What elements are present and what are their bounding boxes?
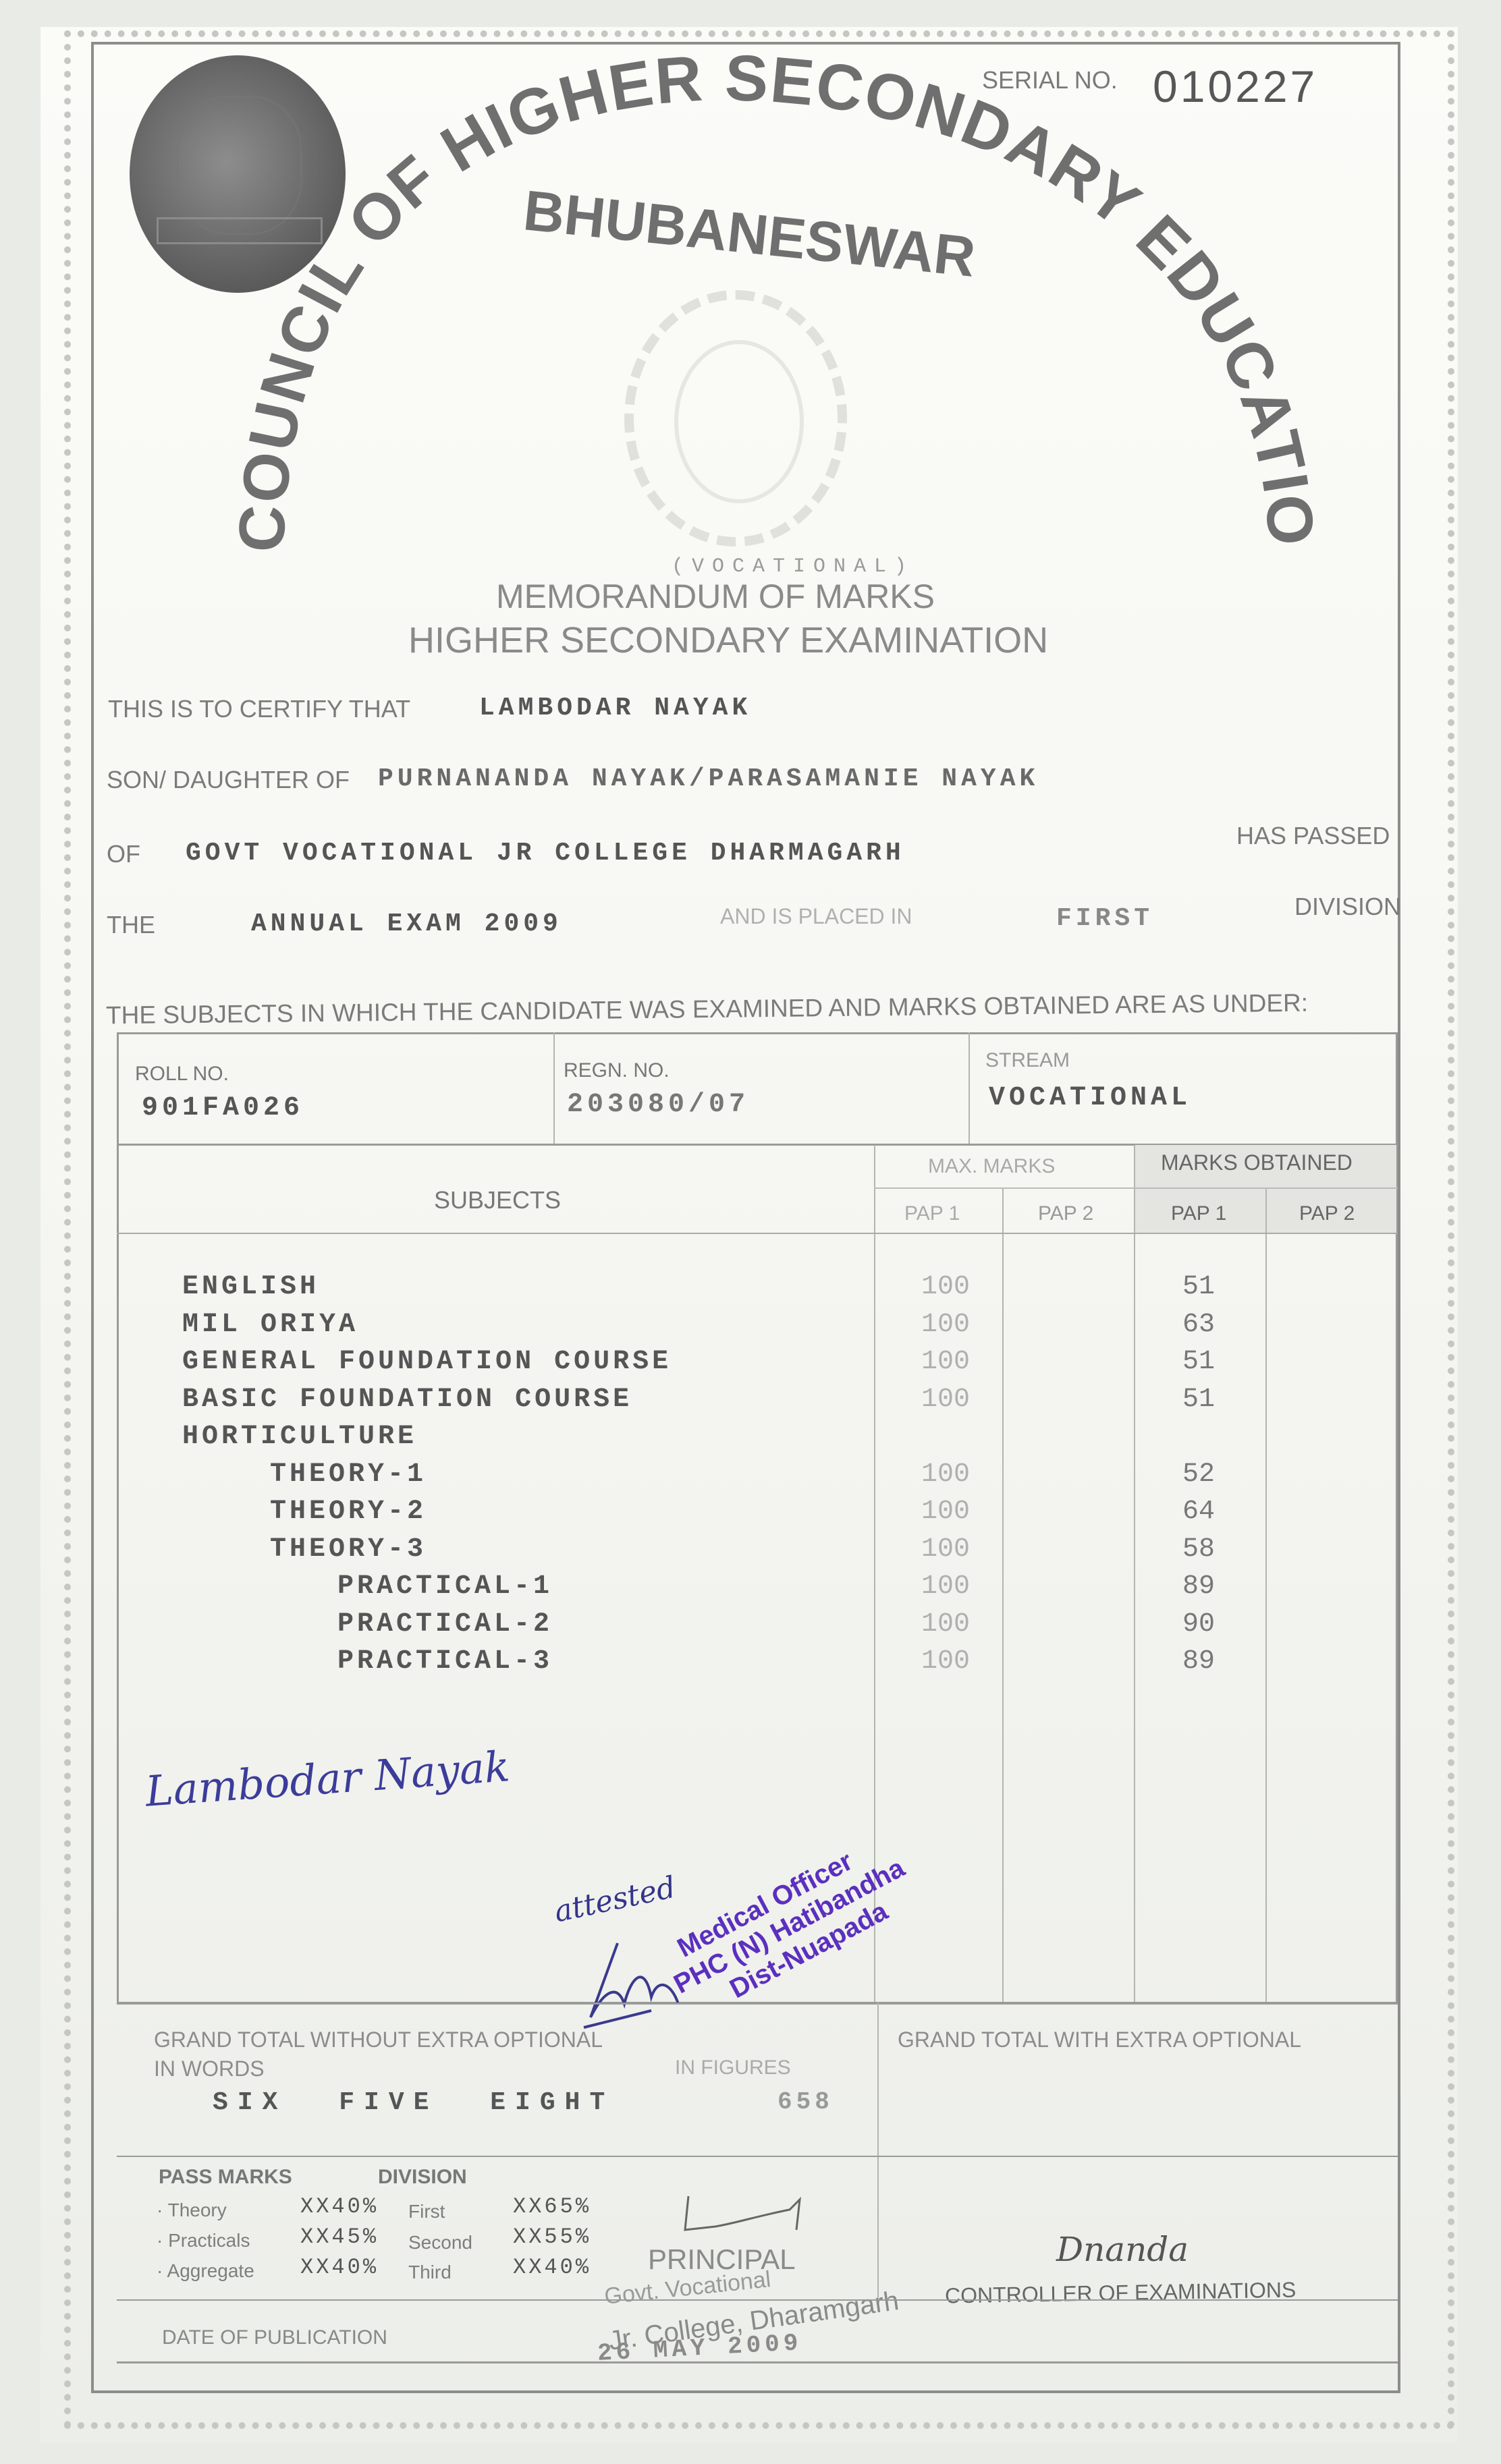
- practicals-pass: XX45%: [300, 2224, 379, 2249]
- marks-obtained-value: 89: [1182, 1646, 1215, 1677]
- parent-names: PURNANANDA NAYAK/PARASAMANIE NAYAK: [378, 764, 1039, 793]
- principal-signature-icon: [675, 2189, 823, 2250]
- document-title: MEMORANDUM OF MARKS: [496, 577, 935, 616]
- divider: [553, 1032, 555, 1144]
- subject-name: THEORY-1: [270, 1459, 427, 1490]
- pass-marks-title: PASS MARKS: [159, 2166, 292, 2189]
- marks-obtained-value: 90: [1182, 1609, 1215, 1640]
- max-marks-value: 100: [921, 1571, 970, 1602]
- date-of-publication-label: DATE OF PUBLICATION: [162, 2326, 387, 2349]
- marks-obtained-value: 51: [1182, 1347, 1215, 1377]
- max-marks-value: 100: [921, 1347, 970, 1377]
- subject-name: THEORY-2: [270, 1496, 427, 1527]
- marks-obtained-value: 52: [1182, 1459, 1215, 1490]
- subject-name: PRACTICAL-2: [337, 1609, 553, 1640]
- marks-obtained-value: 64: [1182, 1496, 1215, 1527]
- divider: [968, 1032, 970, 1144]
- first-label: First: [408, 2201, 445, 2222]
- total-in-words: SIX FIVE EIGHT: [213, 2088, 614, 2117]
- marks-obtained-value: 89: [1182, 1571, 1215, 1602]
- division-label: DIVISION: [1294, 893, 1401, 921]
- max-marks-value: 100: [921, 1459, 970, 1490]
- third-label: Third: [408, 2262, 452, 2283]
- max-marks-value: 100: [921, 1646, 970, 1677]
- exam-title: HIGHER SECONDARY EXAMINATION: [408, 619, 1048, 661]
- aggregate-label: · Aggregate: [157, 2260, 254, 2282]
- the-label: THE: [107, 911, 155, 939]
- max-marks-value: 100: [921, 1272, 970, 1302]
- candidate-name: LAMBODAR NAYAK: [479, 694, 751, 723]
- divider: [1134, 1145, 1135, 2002]
- max-marks-value: 100: [921, 1496, 970, 1527]
- marks-obtained-value: 58: [1182, 1534, 1215, 1565]
- max-marks-value: 100: [921, 1310, 970, 1340]
- division-title: DIVISION: [378, 2166, 467, 2189]
- subject-name: HORTICULTURE: [182, 1422, 417, 1452]
- divider: [117, 1233, 1398, 1234]
- second-label: Second: [408, 2232, 472, 2253]
- divider: [117, 2361, 1398, 2363]
- exam-name: ANNUAL EXAM 2009: [251, 909, 562, 939]
- subject-name: ENGLISH: [182, 1272, 319, 1302]
- max-pap1-header: PAP 1: [904, 1202, 960, 1225]
- college-name: GOVT VOCATIONAL JR COLLEGE DHARMAGARH: [186, 839, 905, 868]
- divider: [874, 1187, 1398, 1189]
- subjects-header: SUBJECTS: [434, 1186, 561, 1214]
- parent-label: SON/ DAUGHTER OF: [107, 766, 350, 794]
- marks-obtained-value: 51: [1182, 1384, 1215, 1415]
- subject-name: BASIC FOUNDATION COURSE: [182, 1384, 632, 1415]
- roll-label: ROLL NO.: [135, 1063, 229, 1086]
- divider: [117, 2003, 1398, 2005]
- max-marks-value: 100: [921, 1384, 970, 1415]
- board-city: BHUBANESWAR: [520, 178, 978, 289]
- certify-label: THIS IS TO CERTIFY THAT: [108, 695, 410, 723]
- theory-label: · Theory: [157, 2200, 227, 2221]
- stream-value: VOCATIONAL: [989, 1083, 1191, 1113]
- max-marks-header: MAX. MARKS: [928, 1155, 1055, 1178]
- with-optional-label: GRAND TOTAL WITH EXTRA OPTIONAL: [898, 2027, 1301, 2052]
- total-in-figures: 658: [777, 2088, 834, 2116]
- max-pap2-header: PAP 2: [1038, 1202, 1093, 1225]
- serial-number: 010227: [1153, 61, 1317, 112]
- obtained-pap2-header: PAP 2: [1299, 1202, 1355, 1225]
- regn-label: REGN. NO.: [564, 1059, 670, 1082]
- placed-label: AND IS PLACED IN: [720, 904, 912, 929]
- max-marks-value: 100: [921, 1609, 970, 1640]
- without-optional-label: GRAND TOTAL WITHOUT EXTRA OPTIONAL: [154, 2027, 603, 2052]
- marks-obtained-value: 51: [1182, 1272, 1215, 1302]
- in-figures-label: IN FIGURES: [675, 2056, 791, 2079]
- subject-name: THEORY-3: [270, 1534, 427, 1565]
- practicals-label: · Practicals: [157, 2230, 250, 2251]
- has-passed-label: HAS PASSED: [1236, 822, 1390, 850]
- board-name: COUNCIL OF HIGHER SECONDARY EDUCATION, O…: [0, 0, 1328, 554]
- subject-name: PRACTICAL-1: [337, 1571, 553, 1602]
- third-division-threshold: XX40%: [513, 2255, 591, 2280]
- subject-name: GENERAL FOUNDATION COURSE: [182, 1347, 672, 1377]
- stream-subtitle: (VOCATIONAL): [672, 555, 915, 578]
- regn-number: 203080/07: [567, 1090, 749, 1120]
- divider: [877, 2003, 879, 2299]
- subject-name: PRACTICAL-3: [337, 1646, 553, 1677]
- obtained-pap1-header: PAP 1: [1171, 1202, 1226, 1225]
- divider: [1002, 1187, 1004, 2002]
- marks-obtained-value: 63: [1182, 1310, 1215, 1340]
- controller-signature: Dnanda: [1056, 2230, 1189, 2269]
- subject-name: MIL ORIYA: [182, 1310, 358, 1340]
- second-division-threshold: XX55%: [513, 2224, 591, 2249]
- max-marks-value: 100: [921, 1534, 970, 1565]
- marks-obtained-header: MARKS OBTAINED: [1161, 1150, 1353, 1175]
- in-words-label: IN WORDS: [154, 2056, 265, 2081]
- divider: [117, 2156, 1398, 2157]
- stream-label: STREAM: [985, 1049, 1070, 1072]
- serial-label: SERIAL NO.: [982, 66, 1118, 94]
- aggregate-pass: XX40%: [300, 2255, 379, 2280]
- roll-number: 901FA026: [142, 1093, 304, 1123]
- first-division-threshold: XX65%: [513, 2194, 591, 2219]
- of-label: OF: [107, 840, 140, 868]
- theory-pass: XX40%: [300, 2194, 379, 2219]
- division-value: FIRST: [1056, 904, 1153, 933]
- divider: [117, 2299, 1398, 2301]
- divider: [1265, 1187, 1267, 2002]
